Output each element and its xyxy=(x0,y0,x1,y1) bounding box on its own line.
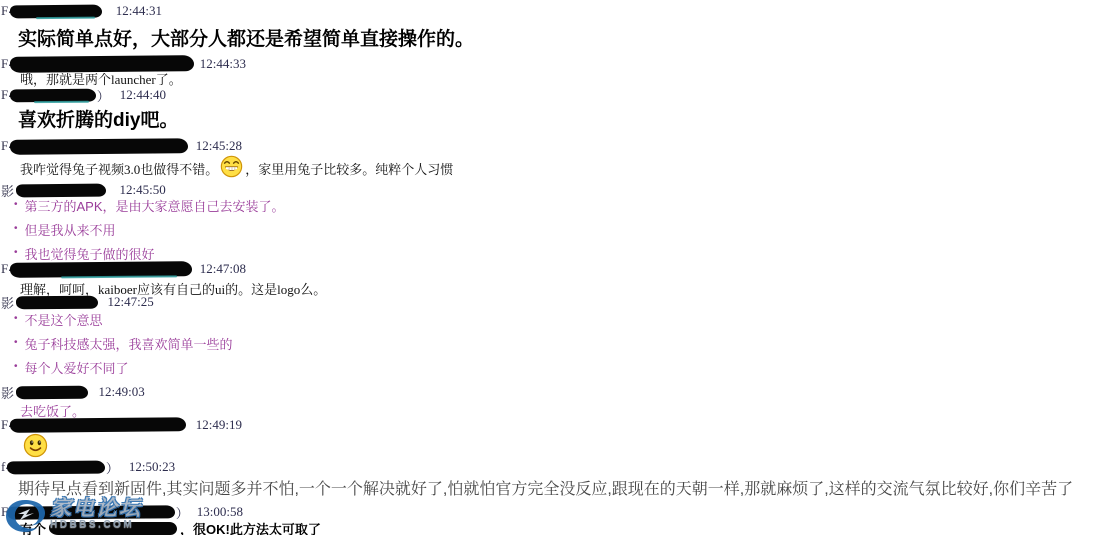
bullet-dot: • xyxy=(14,199,18,210)
bullet-dot: • xyxy=(14,337,18,348)
chat-message-text: 有个 xyxy=(20,519,46,535)
redacted-name-scribble xyxy=(10,261,192,278)
redacted-name-scribble xyxy=(15,183,105,197)
message-header: F ） 13:00:58 xyxy=(1,504,243,520)
bullet-dot: • xyxy=(14,247,18,258)
bullet-dot: • xyxy=(14,313,18,324)
chat-message-text: 喜欢折腾的diy吧。 xyxy=(18,105,178,132)
emoji-only-message xyxy=(23,433,48,462)
timestamp: 13:00:58 xyxy=(197,504,243,520)
chat-message-with-redaction: 有个 ，很OK!此方法太可取了 xyxy=(20,519,321,535)
timestamp: 12:44:31 xyxy=(116,3,162,19)
name-paren: ） xyxy=(106,458,119,477)
chat-message-with-emoji: 我咋觉得兔子视频3.0也做得不错。 ，家里用兔子比较多。纯粹个人习惯 xyxy=(20,155,453,182)
big-grin-emoji-icon xyxy=(220,155,243,182)
message-header: F4 ） 12:44:40 xyxy=(1,87,166,103)
bullet-list-item: • 不是这个意思 xyxy=(14,310,103,329)
chat-message-text: 期待早点看到新固件,其实问题多并不怕,一个一个解决就好了,怕就怕官方完全没反应,… xyxy=(18,476,1073,499)
redacted-text-scribble xyxy=(49,522,177,535)
timestamp: 12:47:25 xyxy=(108,294,154,310)
message-header: F4 12:44:31 xyxy=(1,3,162,19)
timestamp: 12:45:28 xyxy=(196,138,242,154)
message-header: 影 12:47:25 xyxy=(1,294,154,310)
timestamp: 12:49:03 xyxy=(99,384,145,400)
message-header: F4 12:49:19 xyxy=(1,417,242,433)
name-paren: ） xyxy=(97,86,110,105)
bullet-list-item: • 第三方的APK，是由大家意愿自己去安装了。 xyxy=(14,196,285,215)
chat-message-text: 兔子科技感太强，我喜欢简单一些的 xyxy=(25,334,233,353)
redacted-name-scribble xyxy=(10,417,186,433)
message-header: 影 12:49:03 xyxy=(1,384,145,400)
redacted-name-scribble xyxy=(15,295,97,309)
timestamp: 12:44:40 xyxy=(120,87,166,103)
redacted-name-scribble xyxy=(10,4,102,18)
redacted-name-scribble xyxy=(7,460,105,474)
bullet-list-item: • 兔子科技感太强，我喜欢简单一些的 xyxy=(14,334,233,353)
message-header: F4 12:47:08 xyxy=(1,261,246,277)
bullet-dot: • xyxy=(14,223,18,234)
message-header: F4 12:45:28 xyxy=(1,138,242,154)
redacted-name-scribble xyxy=(7,505,175,519)
bullet-dot: • xyxy=(14,361,18,372)
chat-message-text: 每个人爱好不同了 xyxy=(25,358,129,377)
smile-emoji-icon xyxy=(23,433,48,462)
chat-message-text: ，很OK!此方法太可取了 xyxy=(180,519,321,535)
chat-message-text: 第三方的APK，是由大家意愿自己去安装了。 xyxy=(25,196,285,215)
bullet-list-item: • 但是我从来不用 xyxy=(14,220,116,239)
timestamp: 12:44:33 xyxy=(200,56,246,72)
redacted-name-scribble xyxy=(10,138,188,155)
chat-message-text: ，家里用兔子比较多。纯粹个人习惯 xyxy=(245,159,453,178)
timestamp: 12:47:08 xyxy=(200,261,246,277)
chat-message-text: 我咋觉得兔子视频3.0也做得不错。 xyxy=(20,159,218,178)
redacted-name-scribble xyxy=(10,88,96,102)
chat-log: F4 12:44:31 实际简单点好，大部分人都还是希望简单直接操作的。 F4 … xyxy=(0,0,1105,535)
chat-message-text: 但是我从来不用 xyxy=(25,220,116,239)
sender-name-prefix: 影 xyxy=(1,383,15,402)
timestamp: 12:49:19 xyxy=(196,417,242,433)
chat-message-text: 不是这个意思 xyxy=(25,310,103,329)
redacted-name-scribble xyxy=(15,385,87,399)
sender-name-prefix: 影 xyxy=(1,181,15,200)
timestamp: 12:50:23 xyxy=(129,459,175,475)
sender-name-prefix: 影 xyxy=(1,293,15,312)
bullet-list-item: • 每个人爱好不同了 xyxy=(14,358,129,377)
chat-message-text: 实际简单点好，大部分人都还是希望简单直接操作的。 xyxy=(18,24,474,51)
message-header: f4 ） 12:50:23 xyxy=(1,459,175,475)
